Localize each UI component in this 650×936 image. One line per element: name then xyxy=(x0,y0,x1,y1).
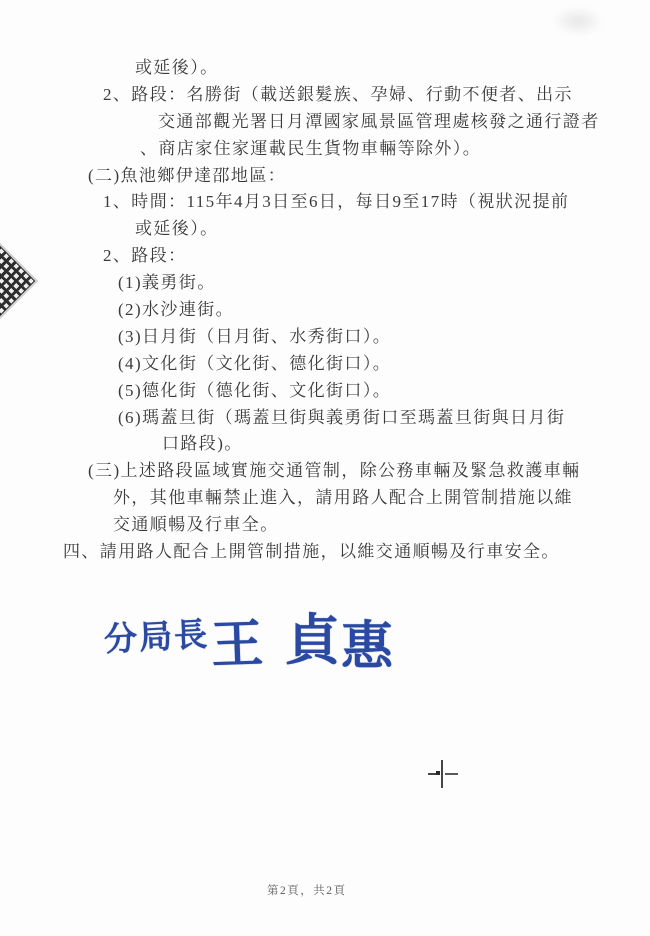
body-line: (三)上述路段區域實施交通管制，除公務車輛及緊急救護車輛 xyxy=(88,458,650,485)
page-footer: 第2頁，共2頁 xyxy=(267,882,347,898)
body-line: (2)水沙連街。 xyxy=(118,297,650,324)
scan-smudge xyxy=(552,6,604,36)
body-line: 1、時間：115年4月3日至6日，每日9至17時（視狀況提前 xyxy=(103,189,650,216)
body-line: (4)文化街（文化街、德化街口）。 xyxy=(118,351,650,378)
body-line: (6)瑪蓋旦街（瑪蓋旦街與義勇街口至瑪蓋旦街與日月街 xyxy=(118,405,650,432)
body-line: 口路段)。 xyxy=(162,431,650,458)
body-line: 或延後）。 xyxy=(135,55,650,82)
body-line: 、商店家住家運載民生貨物車輛等除外）。 xyxy=(140,136,650,163)
body-line: (1)義勇街。 xyxy=(118,270,650,297)
body-line: 2、路段： xyxy=(103,243,650,270)
body-line: (二)魚池鄉伊達邵地區： xyxy=(88,163,650,190)
body-line: 外，其他車輛禁止進入，請用路人配合上開管制措施以維 xyxy=(113,485,650,512)
body-line: 四、請用路人配合上開管制措施，以維交通順暢及行車安全。 xyxy=(63,539,650,566)
body-line: 2、路段：名勝街（載送銀髮族、孕婦、行動不便者、出示 xyxy=(103,82,650,109)
body-line: 交通順暢及行車全。 xyxy=(113,512,650,539)
signature-title: 分局長 xyxy=(103,608,210,660)
body-line: 交通部觀光署日月潭國家風景區管理處核發之通行證者 xyxy=(158,109,650,136)
signature-name-char: 惠 xyxy=(341,604,393,679)
crosshair-vertical xyxy=(441,760,443,788)
body-line: (5)德化街（德化街、文化街口）。 xyxy=(118,378,650,405)
document-body: 或延後）。 2、路段：名勝街（載送銀髮族、孕婦、行動不便者、出示 交通部觀光署日… xyxy=(0,55,650,566)
crosshair-dot xyxy=(436,771,440,775)
body-line: (3)日月街（日月街、水秀街口）。 xyxy=(118,324,650,351)
body-line: 或延後）。 xyxy=(135,216,650,243)
signature-name-char: 王 xyxy=(210,601,265,678)
crosshair-horizontal xyxy=(445,773,458,775)
signature-name-char: 貞 xyxy=(285,596,340,675)
scanned-document-page: 或延後）。 2、路段：名勝街（載送銀髮族、孕婦、行動不便者、出示 交通部觀光署日… xyxy=(0,0,650,936)
